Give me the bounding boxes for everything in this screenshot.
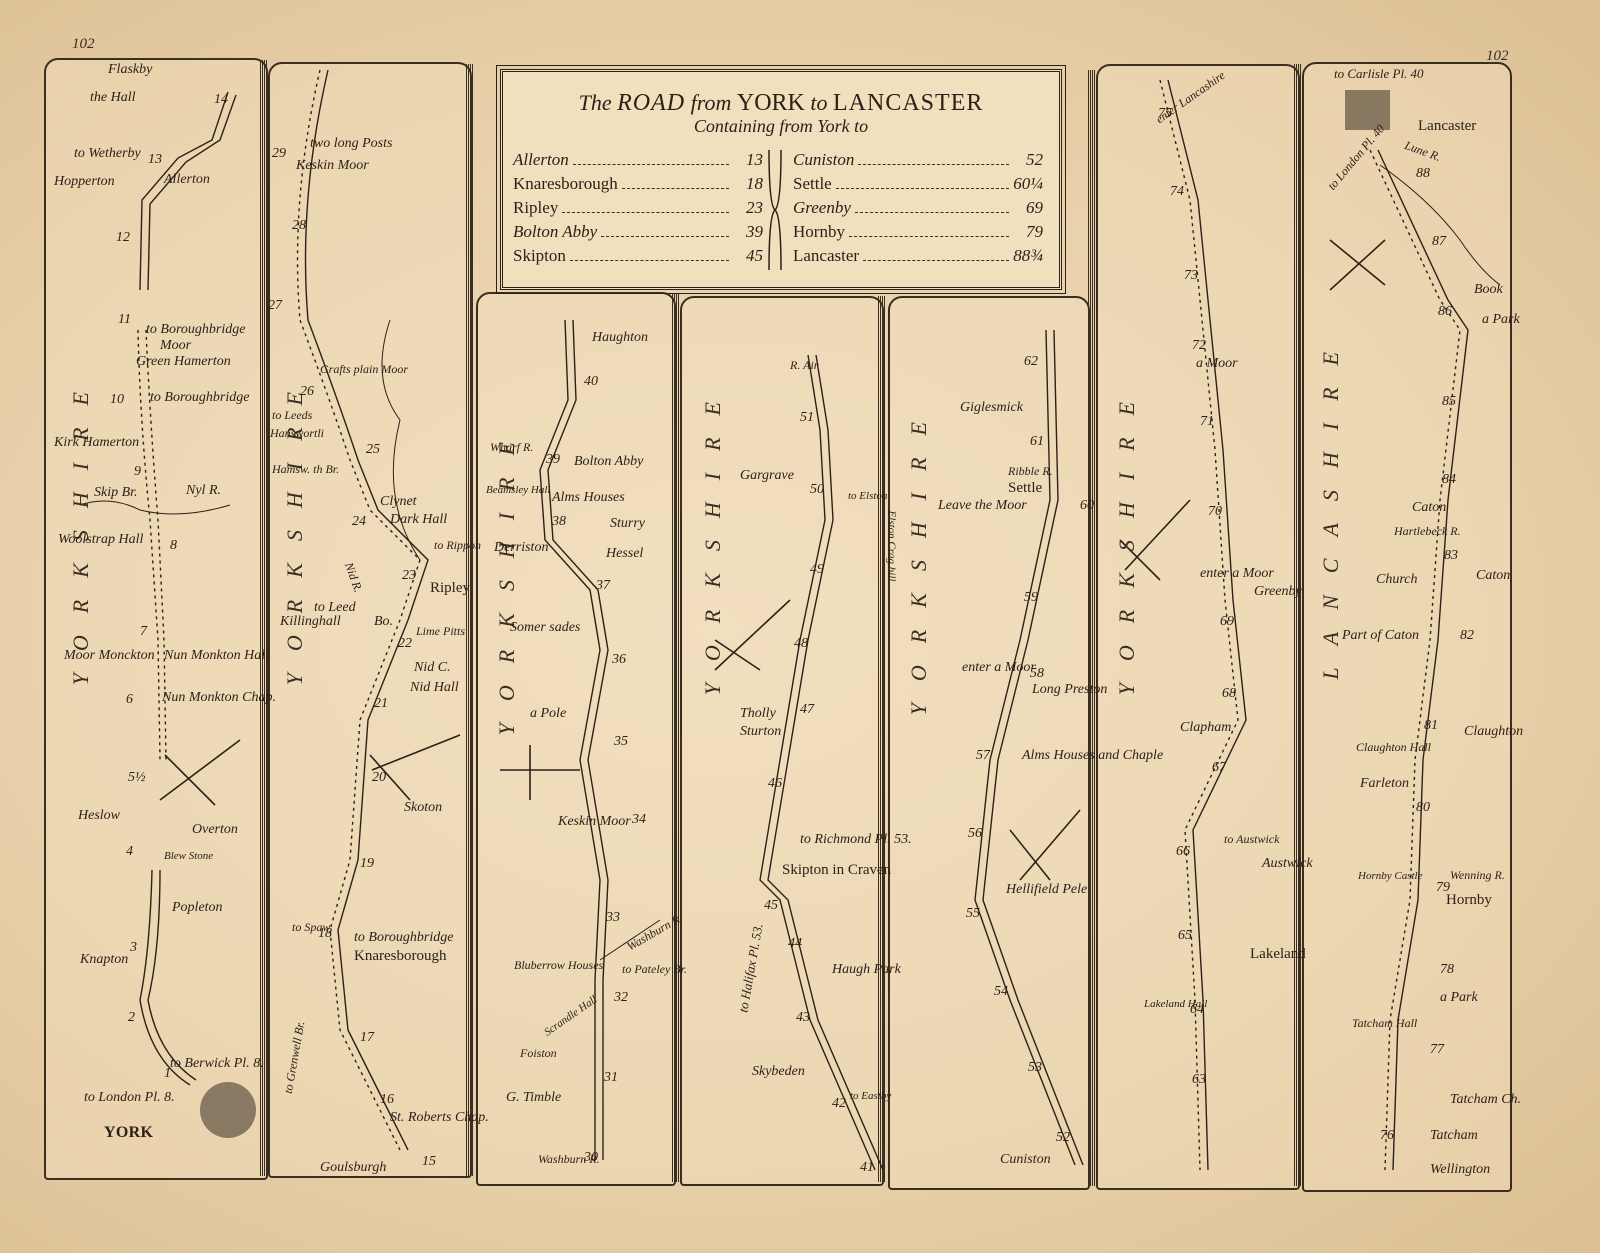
place-label: a Moor xyxy=(1196,356,1238,372)
place-label: enter a Moor xyxy=(962,660,1036,676)
city-label: YORK xyxy=(104,1124,153,1142)
milestone: 34 xyxy=(632,812,646,828)
place-label: Lime Pitts xyxy=(416,624,465,639)
milestone: 3 xyxy=(130,940,137,956)
place-label: a Pole xyxy=(530,706,566,722)
place-label: Haughton xyxy=(592,330,648,346)
milestone: 29 xyxy=(272,146,286,162)
milestone: 88 xyxy=(1416,166,1430,182)
place-label: Caton xyxy=(1412,500,1446,516)
place-label: a Park xyxy=(1440,990,1478,1006)
place-label: Knapton xyxy=(80,952,128,968)
milestone: 20 xyxy=(372,770,386,786)
place-label: Caton xyxy=(1476,568,1510,584)
milestone: 70 xyxy=(1208,504,1222,520)
place-label: Long Preston xyxy=(1032,682,1107,698)
place-label: Skip Br. xyxy=(94,485,138,501)
place-label: Flaskby xyxy=(108,62,152,78)
route-label: to Pateley Br. xyxy=(622,962,687,977)
milestone: 14 xyxy=(214,92,228,108)
milestone: 84 xyxy=(1442,472,1456,488)
milestone: 48 xyxy=(794,636,808,652)
place-label: Austwick xyxy=(1262,856,1313,872)
town-label: Hornby xyxy=(1446,892,1492,909)
milestone: 45 xyxy=(764,898,778,914)
milestone: 30 xyxy=(584,1150,598,1166)
place-label: Clynet xyxy=(380,494,417,510)
place-label: Kirk Hamerton xyxy=(54,435,139,451)
route-label: to Eastby xyxy=(850,1090,891,1102)
river-label: Wharf R. xyxy=(490,440,533,455)
milestone: 54 xyxy=(994,984,1008,1000)
milestone: 2 xyxy=(128,1010,135,1026)
milestone: 11 xyxy=(118,312,131,328)
route-label: to Richmond Pl. 53. xyxy=(800,832,912,848)
route-label: to Rippon xyxy=(434,538,481,553)
place-label: Part of Caton xyxy=(1342,628,1419,644)
place-label: Hamsw. th Br. xyxy=(272,462,339,477)
route-label: to Carlisle Pl. 40 xyxy=(1334,66,1424,82)
place-label: Claughton xyxy=(1464,724,1523,740)
place-label: Goulsburgh xyxy=(320,1160,386,1176)
place-label: Tholly xyxy=(740,706,776,722)
milestone: 77 xyxy=(1430,1042,1444,1058)
milestone: 75 xyxy=(1158,106,1172,122)
distance-row: Knaresborough18 xyxy=(513,174,763,198)
milestone: 44 xyxy=(788,936,802,952)
milestone: 79 xyxy=(1436,880,1450,896)
milestone: 22 xyxy=(398,636,412,652)
route-label: to Boroughbridge xyxy=(354,930,453,946)
milestone: 7 xyxy=(140,624,147,640)
milestone: 4 xyxy=(126,844,133,860)
place-label: Haugh Park xyxy=(832,962,901,978)
place-label: Hornby Castle xyxy=(1358,870,1422,882)
route-label: to London Pl. 8. xyxy=(84,1090,175,1106)
place-label: Alms Houses and Chaple xyxy=(1022,748,1163,764)
milestone: 59 xyxy=(1024,590,1038,606)
milestone: 43 xyxy=(796,1010,810,1026)
place-label: Killinghall xyxy=(280,614,341,630)
brace-divider xyxy=(765,150,785,270)
place-label: Book xyxy=(1474,282,1503,298)
place-label: Bluberrow Houses xyxy=(514,958,603,973)
town-label: Ripley xyxy=(430,580,470,597)
place-label: Leave the Moor xyxy=(938,498,1027,514)
place-label: Popleton xyxy=(172,900,223,916)
place-label: Nun Monkton Chap. xyxy=(162,690,276,706)
milestone: 40 xyxy=(584,374,598,390)
route-label: to Berwick Pl. 8. xyxy=(170,1056,264,1072)
place-label: Nid C. xyxy=(414,660,451,676)
title-cartouche: The ROAD from YORK to LANCASTER Containi… xyxy=(500,69,1062,290)
place-label: Hellifield Pele xyxy=(1006,882,1087,898)
milestone: 27 xyxy=(268,298,282,314)
distance-table-right: Cuniston52 Settle60¼ Greenby69 Hornby79 … xyxy=(793,150,1043,270)
distance-row: Cuniston52 xyxy=(793,150,1043,174)
place-label: Derriston xyxy=(494,540,548,556)
milestone: 57 xyxy=(976,748,990,764)
place-label: G. Timble xyxy=(506,1090,561,1106)
county-name: YORKSHIRE xyxy=(700,380,726,695)
milestone: 35 xyxy=(614,734,628,750)
place-label: Woolstrap Hall xyxy=(58,532,143,548)
milestone: 78 xyxy=(1440,962,1454,978)
place-label: Moor xyxy=(160,338,191,354)
place-label: St. Roberts Chap. xyxy=(390,1110,489,1126)
place-label: Lakeland xyxy=(1250,946,1306,963)
milestone: 28 xyxy=(292,218,306,234)
place-label: to Boroughbridge xyxy=(150,390,249,406)
place-label: Giglesmick xyxy=(960,400,1023,416)
place-label: Bo. xyxy=(374,614,393,630)
place-label: Grafts plain Moor xyxy=(320,362,408,377)
milestone: 56 xyxy=(968,826,982,842)
milestone: 47 xyxy=(800,702,814,718)
milestone: 49 xyxy=(810,562,824,578)
milestone: 33 xyxy=(606,910,620,926)
place-label: Sturry xyxy=(610,516,645,532)
place-label: to Boroughbridge xyxy=(146,322,245,338)
milestone: 31 xyxy=(604,1070,618,1086)
milestone: 85 xyxy=(1442,394,1456,410)
milestone: 46 xyxy=(768,776,782,792)
milestone: 38 xyxy=(552,514,566,530)
milestone: 51 xyxy=(800,410,814,426)
distance-row: Lancaster88¾ xyxy=(793,246,1043,270)
town-label: Skipton in Craven xyxy=(782,862,891,879)
place-label: Wellington xyxy=(1430,1162,1490,1178)
place-label: Nun Monkton Hall xyxy=(164,648,269,664)
place-label: Hanswortli xyxy=(270,426,324,441)
milestone: 25 xyxy=(366,442,380,458)
milestone: 82 xyxy=(1460,628,1474,644)
milestone: 36 xyxy=(612,652,626,668)
place-label: Clapham xyxy=(1180,720,1231,736)
milestone: 15 xyxy=(422,1154,436,1170)
distance-table-left: Allerton13 Knaresborough18 Ripley23 Bolt… xyxy=(513,150,763,270)
milestone: 65 xyxy=(1178,928,1192,944)
place-label: to Wetherby xyxy=(74,146,141,162)
milestone: 68 xyxy=(1222,686,1236,702)
distance-row: Settle60¼ xyxy=(793,174,1043,198)
milestone: 13 xyxy=(148,152,162,168)
place-label: Blew Stone xyxy=(164,850,213,862)
town-label: Settle xyxy=(1008,480,1042,497)
milestone: 16 xyxy=(380,1092,394,1108)
river-label: Hartlebeck R. xyxy=(1394,524,1461,539)
place-label: Somer sades xyxy=(510,620,580,636)
milestone: 81 xyxy=(1424,718,1438,734)
place-label: Farleton xyxy=(1360,776,1409,792)
county-name: YORKSHIRE xyxy=(494,420,520,735)
place-label: Bolton Abby xyxy=(574,454,643,470)
river-label: Wenning R. xyxy=(1450,868,1505,883)
milestone: 63 xyxy=(1192,1072,1206,1088)
distance-row: Bolton Abby39 xyxy=(513,222,763,246)
milestone: 32 xyxy=(614,990,628,1006)
distance-row: Allerton13 xyxy=(513,150,763,174)
milestone: 64 xyxy=(1190,1002,1204,1018)
milestone: 42 xyxy=(832,1096,846,1112)
place-label: two long Posts xyxy=(310,136,392,152)
milestone: 19 xyxy=(360,856,374,872)
place-label: Heslow xyxy=(78,808,120,824)
milestone: 72 xyxy=(1192,338,1206,354)
milestone: 21 xyxy=(374,696,388,712)
place-label: Claughton Hall xyxy=(1356,740,1431,755)
route-label: to Leeds xyxy=(272,408,312,423)
place-label: Church xyxy=(1376,572,1417,588)
place-label: Allerton xyxy=(164,172,210,188)
milestone: 6 xyxy=(126,692,133,708)
distance-row: Greenby69 xyxy=(793,198,1043,222)
milestone: 62 xyxy=(1024,354,1038,370)
milestone: 55 xyxy=(966,906,980,922)
milestone: 24 xyxy=(352,514,366,530)
place-label: Cuniston xyxy=(1000,1152,1051,1168)
milestone: 18 xyxy=(318,926,332,942)
route-label: to Elston xyxy=(848,490,887,502)
milestone: 53 xyxy=(1028,1060,1042,1076)
milestone: 8 xyxy=(170,538,177,554)
distance-row: Ripley23 xyxy=(513,198,763,222)
milestone: 83 xyxy=(1444,548,1458,564)
milestone: 23 xyxy=(402,568,416,584)
town-label: Knaresborough xyxy=(354,948,446,965)
distance-row: Hornby79 xyxy=(793,222,1043,246)
milestone: 69 xyxy=(1220,614,1234,630)
distance-row: Skipton45 xyxy=(513,246,763,270)
county-name: YORKSHIRE xyxy=(906,400,932,715)
milestone: 10 xyxy=(110,392,124,408)
place-label: Greenby xyxy=(1254,584,1302,600)
milestone: 41 xyxy=(860,1160,874,1176)
place-label: Tatcham Ch. xyxy=(1450,1092,1521,1108)
milestone: 61 xyxy=(1030,434,1044,450)
place-label: Moor Monckton xyxy=(64,648,155,664)
place-label: Foiston xyxy=(520,1046,557,1061)
milestone: 17 xyxy=(360,1030,374,1046)
milestone: 67 xyxy=(1212,760,1226,776)
place-label: Gargrave xyxy=(740,468,794,484)
place-label: Beamsley Hall xyxy=(486,484,550,496)
place-label: Nid Hall xyxy=(410,680,459,696)
place-label: the Hall xyxy=(90,90,136,106)
milestone: 71 xyxy=(1200,414,1214,430)
place-label: Tatcham xyxy=(1430,1128,1478,1144)
milestone: 74 xyxy=(1170,184,1184,200)
city-label: Lancaster xyxy=(1418,118,1476,135)
milestone: 87 xyxy=(1432,234,1446,250)
place-label: Keskin Moor xyxy=(296,158,369,174)
cartouche-title: The ROAD from YORK to LANCASTER xyxy=(503,90,1059,117)
county-name: YORKSHIRE xyxy=(68,370,94,685)
place-label: Dark Hall xyxy=(390,512,447,528)
place-label: Skoton xyxy=(404,800,442,816)
place-label: Overton xyxy=(192,822,238,838)
cartouche-subtitle: Containing from York to xyxy=(503,116,1059,137)
place-label: Keskin Moor xyxy=(558,814,631,830)
place-label: a Park xyxy=(1482,312,1520,328)
river-label: R. Air xyxy=(790,358,818,373)
place-label: enter a Moor xyxy=(1200,566,1274,582)
place-label: Tatcham Hall xyxy=(1352,1016,1417,1031)
route-label: to Austwick xyxy=(1224,832,1279,847)
milestone: 80 xyxy=(1416,800,1430,816)
river-label: Ribble R. xyxy=(1008,464,1053,479)
milestone: 73 xyxy=(1184,268,1198,284)
milestone: 9 xyxy=(134,464,141,480)
milestone: 39 xyxy=(546,452,560,468)
milestone: 86 xyxy=(1438,304,1452,320)
place-label: Green Hamerton xyxy=(136,354,231,370)
milestone: 60 xyxy=(1080,498,1094,514)
river-label: Nyl R. xyxy=(186,483,221,499)
county-name: LANCASHIRE xyxy=(1318,330,1344,680)
milestone: 12 xyxy=(116,230,130,246)
place-label: Skybeden xyxy=(752,1064,805,1080)
milestone: 52 xyxy=(1056,1130,1070,1146)
milestone: 5½ xyxy=(128,770,146,786)
milestone: 26 xyxy=(300,384,314,400)
milestone: 76 xyxy=(1380,1128,1394,1144)
county-name: YORKSHIRE xyxy=(1114,380,1140,695)
milestone: 37 xyxy=(596,578,610,594)
milestone: 66 xyxy=(1176,844,1190,860)
place-label: Hessel xyxy=(606,546,643,562)
milestone: 50 xyxy=(810,482,824,498)
place-label: Alms Houses xyxy=(552,490,625,506)
milestone: 1 xyxy=(164,1066,171,1082)
milestone: 58 xyxy=(1030,666,1044,682)
place-label: Elston Crag hill xyxy=(885,511,897,582)
place-label: Sturton xyxy=(740,724,781,740)
place-label: Hopperton xyxy=(54,174,115,190)
